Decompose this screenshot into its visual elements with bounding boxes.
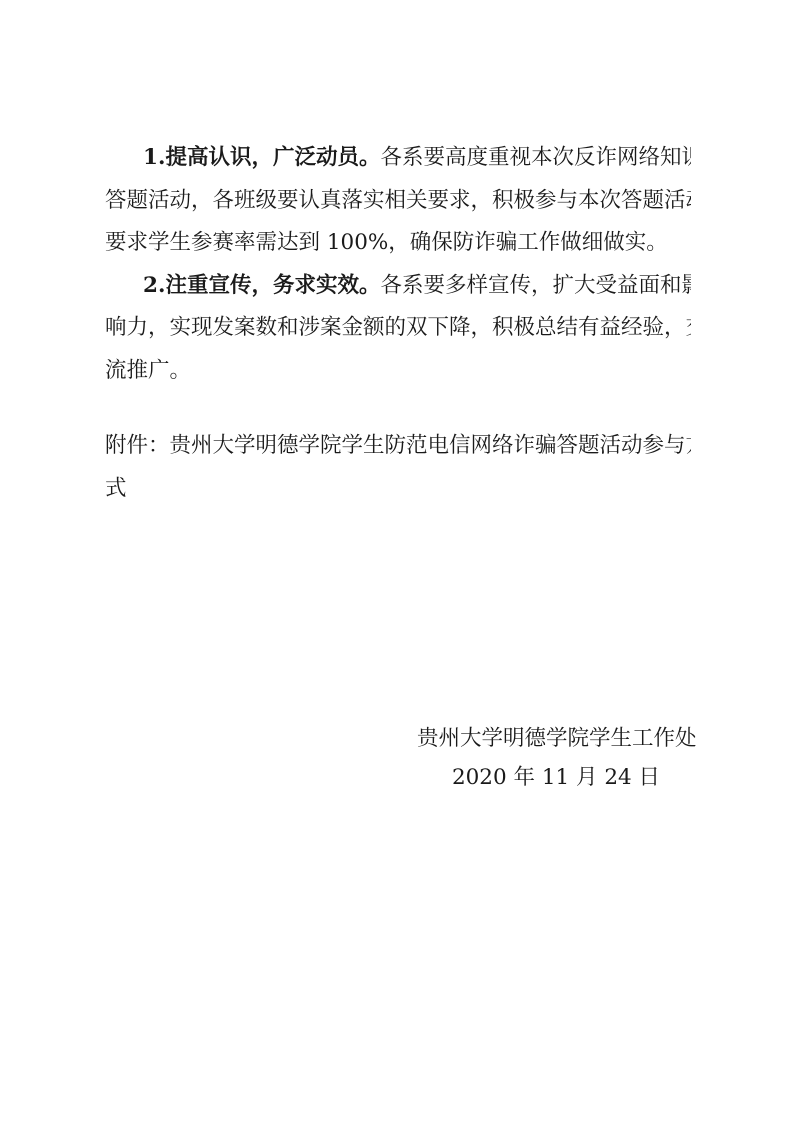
paragraph-2-line-1: 2.注重宣传，务求实效。各系要多样宣传，扩大受益面和影 bbox=[105, 265, 691, 308]
paragraph-2: 2.注重宣传，务求实效。各系要多样宣传，扩大受益面和影 响力，实现发案数和涉案金… bbox=[105, 265, 691, 393]
paragraph-1-line-1: 1.提高认识，广泛动员。各系要高度重视本次反诈网络知识 bbox=[105, 137, 691, 180]
document-body: 1.提高认识，广泛动员。各系要高度重视本次反诈网络知识 答题活动，各班级要认真落… bbox=[105, 137, 691, 392]
paragraph-2-line-2: 响力，实现发案数和涉案金额的双下降，积极总结有益经验，交 bbox=[105, 307, 691, 350]
signature-date: 2020 年 11 月 24 日 bbox=[417, 758, 695, 797]
paragraph-1-line-1-text: 各系要高度重视本次反诈网络知识 bbox=[380, 145, 691, 170]
paragraph-1: 1.提高认识，广泛动员。各系要高度重视本次反诈网络知识 答题活动，各班级要认真落… bbox=[105, 137, 691, 265]
attachment-line-1: 附件：贵州大学明德学院学生防范电信网络诈骗答题活动参与方 bbox=[105, 425, 691, 468]
paragraph-2-line-1-text: 各系要多样宣传，扩大受益面和影 bbox=[380, 273, 691, 298]
paragraph-2-line-3: 流推广。 bbox=[105, 350, 691, 393]
attachment-note: 附件：贵州大学明德学院学生防范电信网络诈骗答题活动参与方 式 bbox=[105, 425, 691, 510]
paragraph-1-line-2: 答题活动，各班级要认真落实相关要求，积极参与本次答题活动， bbox=[105, 180, 691, 223]
paragraph-1-line-3: 要求学生参赛率需达到 100%，确保防诈骗工作做细做实。 bbox=[105, 222, 691, 265]
attachment-line-2: 式 bbox=[105, 468, 691, 511]
signature-block: 贵州大学明德学院学生工作处 2020 年 11 月 24 日 bbox=[417, 719, 695, 797]
signature-org: 贵州大学明德学院学生工作处 bbox=[417, 719, 695, 758]
paragraph-1-bold-lead: 1.提高认识，广泛动员。 bbox=[143, 145, 380, 170]
paragraph-2-bold-lead: 2.注重宣传，务求实效。 bbox=[143, 273, 380, 298]
document-page: 1.提高认识，广泛动员。各系要高度重视本次反诈网络知识 答题活动，各班级要认真落… bbox=[0, 0, 793, 1122]
